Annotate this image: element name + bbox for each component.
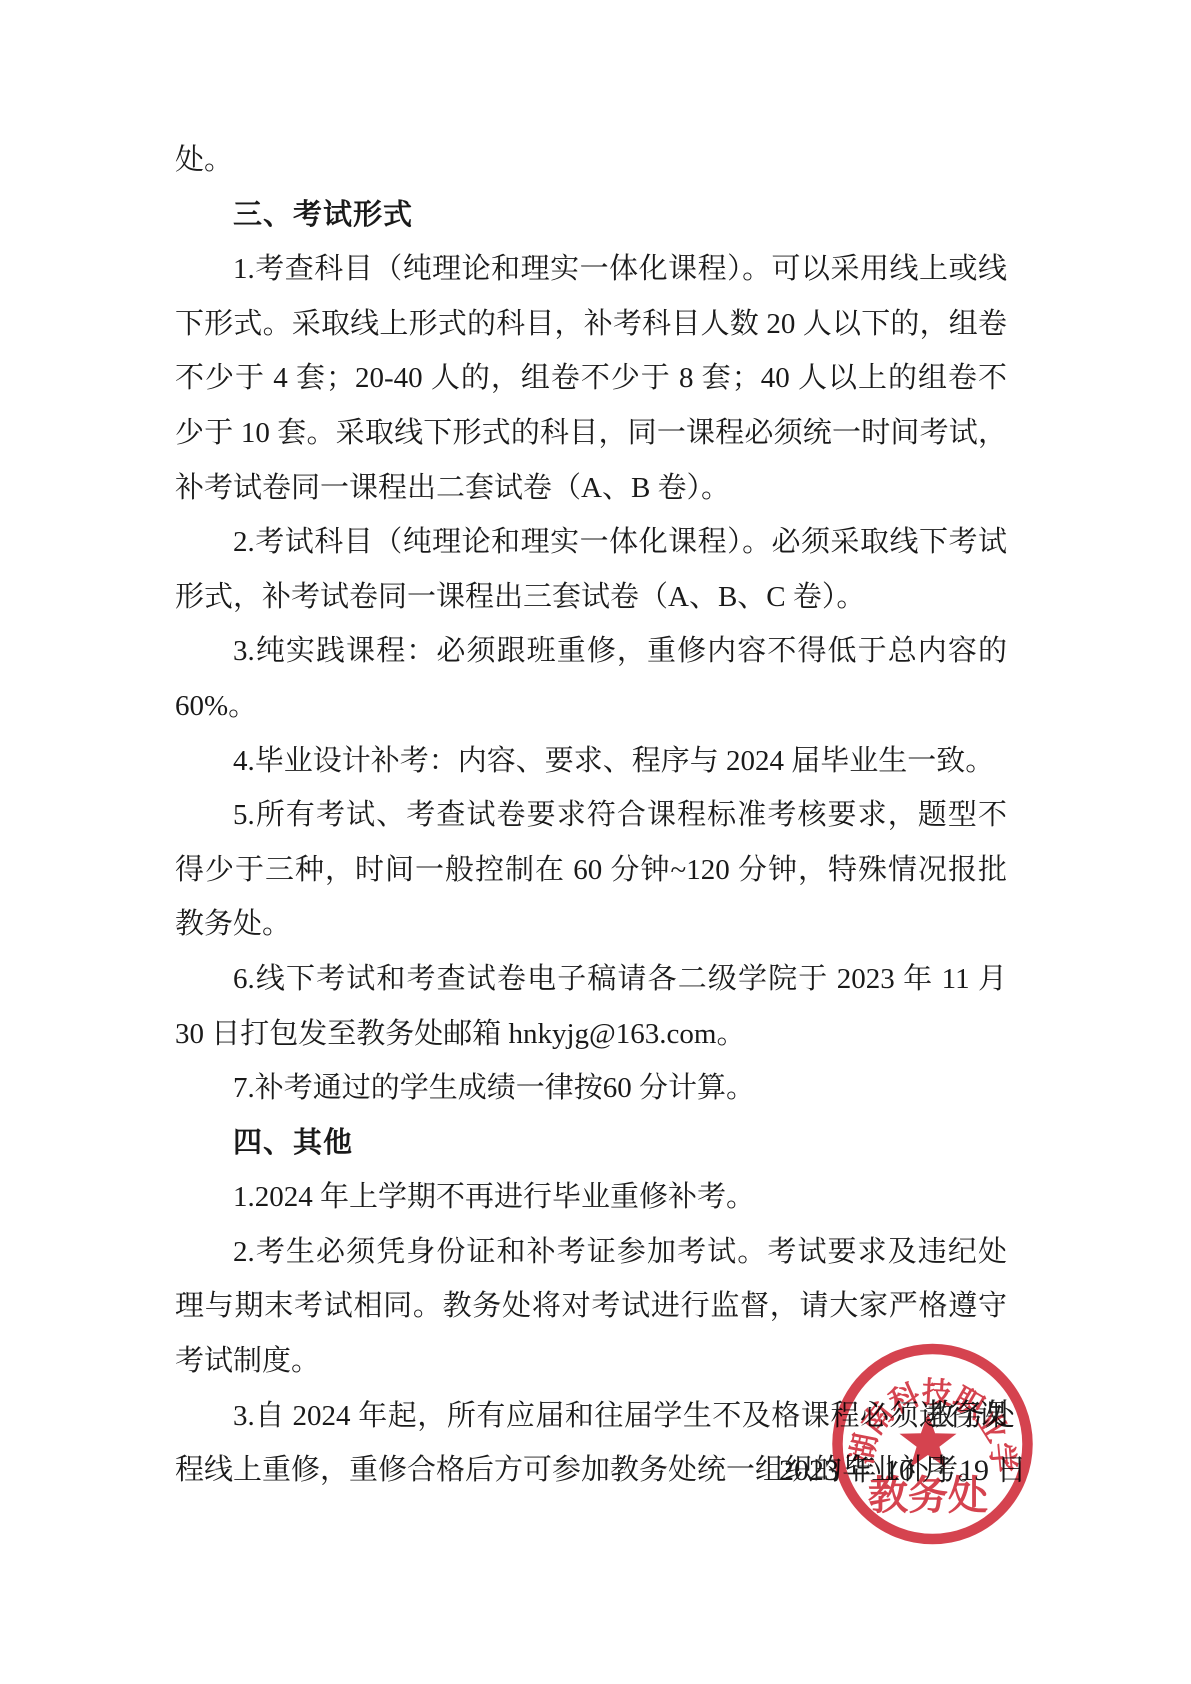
doc-heading-other: 四、其他: [175, 1116, 1007, 1171]
seal-department-text: 教务处: [868, 1473, 988, 1518]
doc-paragraph: 3.纯实践课程：必须跟班重修，重修内容不得低于总内容的 60%。: [175, 624, 1007, 733]
doc-paragraph: 5.所有考试、考查试卷要求符合课程标准考核要求，题型不得少于三种，时间一般控制在…: [175, 788, 1007, 952]
official-seal: 湖南科技职业学院 教务处: [828, 1339, 1038, 1549]
star-icon: [900, 1413, 957, 1467]
doc-paragraph: 7.补考通过的学生成绩一律按60 分计算。: [175, 1061, 1007, 1116]
doc-paragraph: 6.线下考试和考查试卷电子稿请各二级学院于 2023 年 11 月 30 日打包…: [175, 952, 1007, 1061]
doc-paragraph: 4.毕业设计补考：内容、要求、程序与 2024 届毕业生一致。: [175, 734, 1007, 789]
doc-paragraph: 2.考试科目（纯理论和理实一体化课程）。必须采取线下考试形式，补考试卷同一课程出…: [175, 515, 1007, 624]
document-page: 处。 三、考试形式 1.考查科目（纯理论和理实一体化课程）。可以采用线上或线下形…: [0, 0, 1191, 1684]
doc-paragraph: 1.2024 年上学期不再进行毕业重修补考。: [175, 1170, 1007, 1225]
document-body: 处。 三、考试形式 1.考查科目（纯理论和理实一体化课程）。可以采用线上或线下形…: [175, 133, 1007, 1498]
doc-paragraph-continuation: 处。: [175, 133, 1007, 188]
doc-heading-exam-format: 三、考试形式: [175, 188, 1007, 243]
doc-paragraph: 1.考查科目（纯理论和理实一体化课程）。可以采用线上或线下形式。采取线上形式的科…: [175, 242, 1007, 515]
